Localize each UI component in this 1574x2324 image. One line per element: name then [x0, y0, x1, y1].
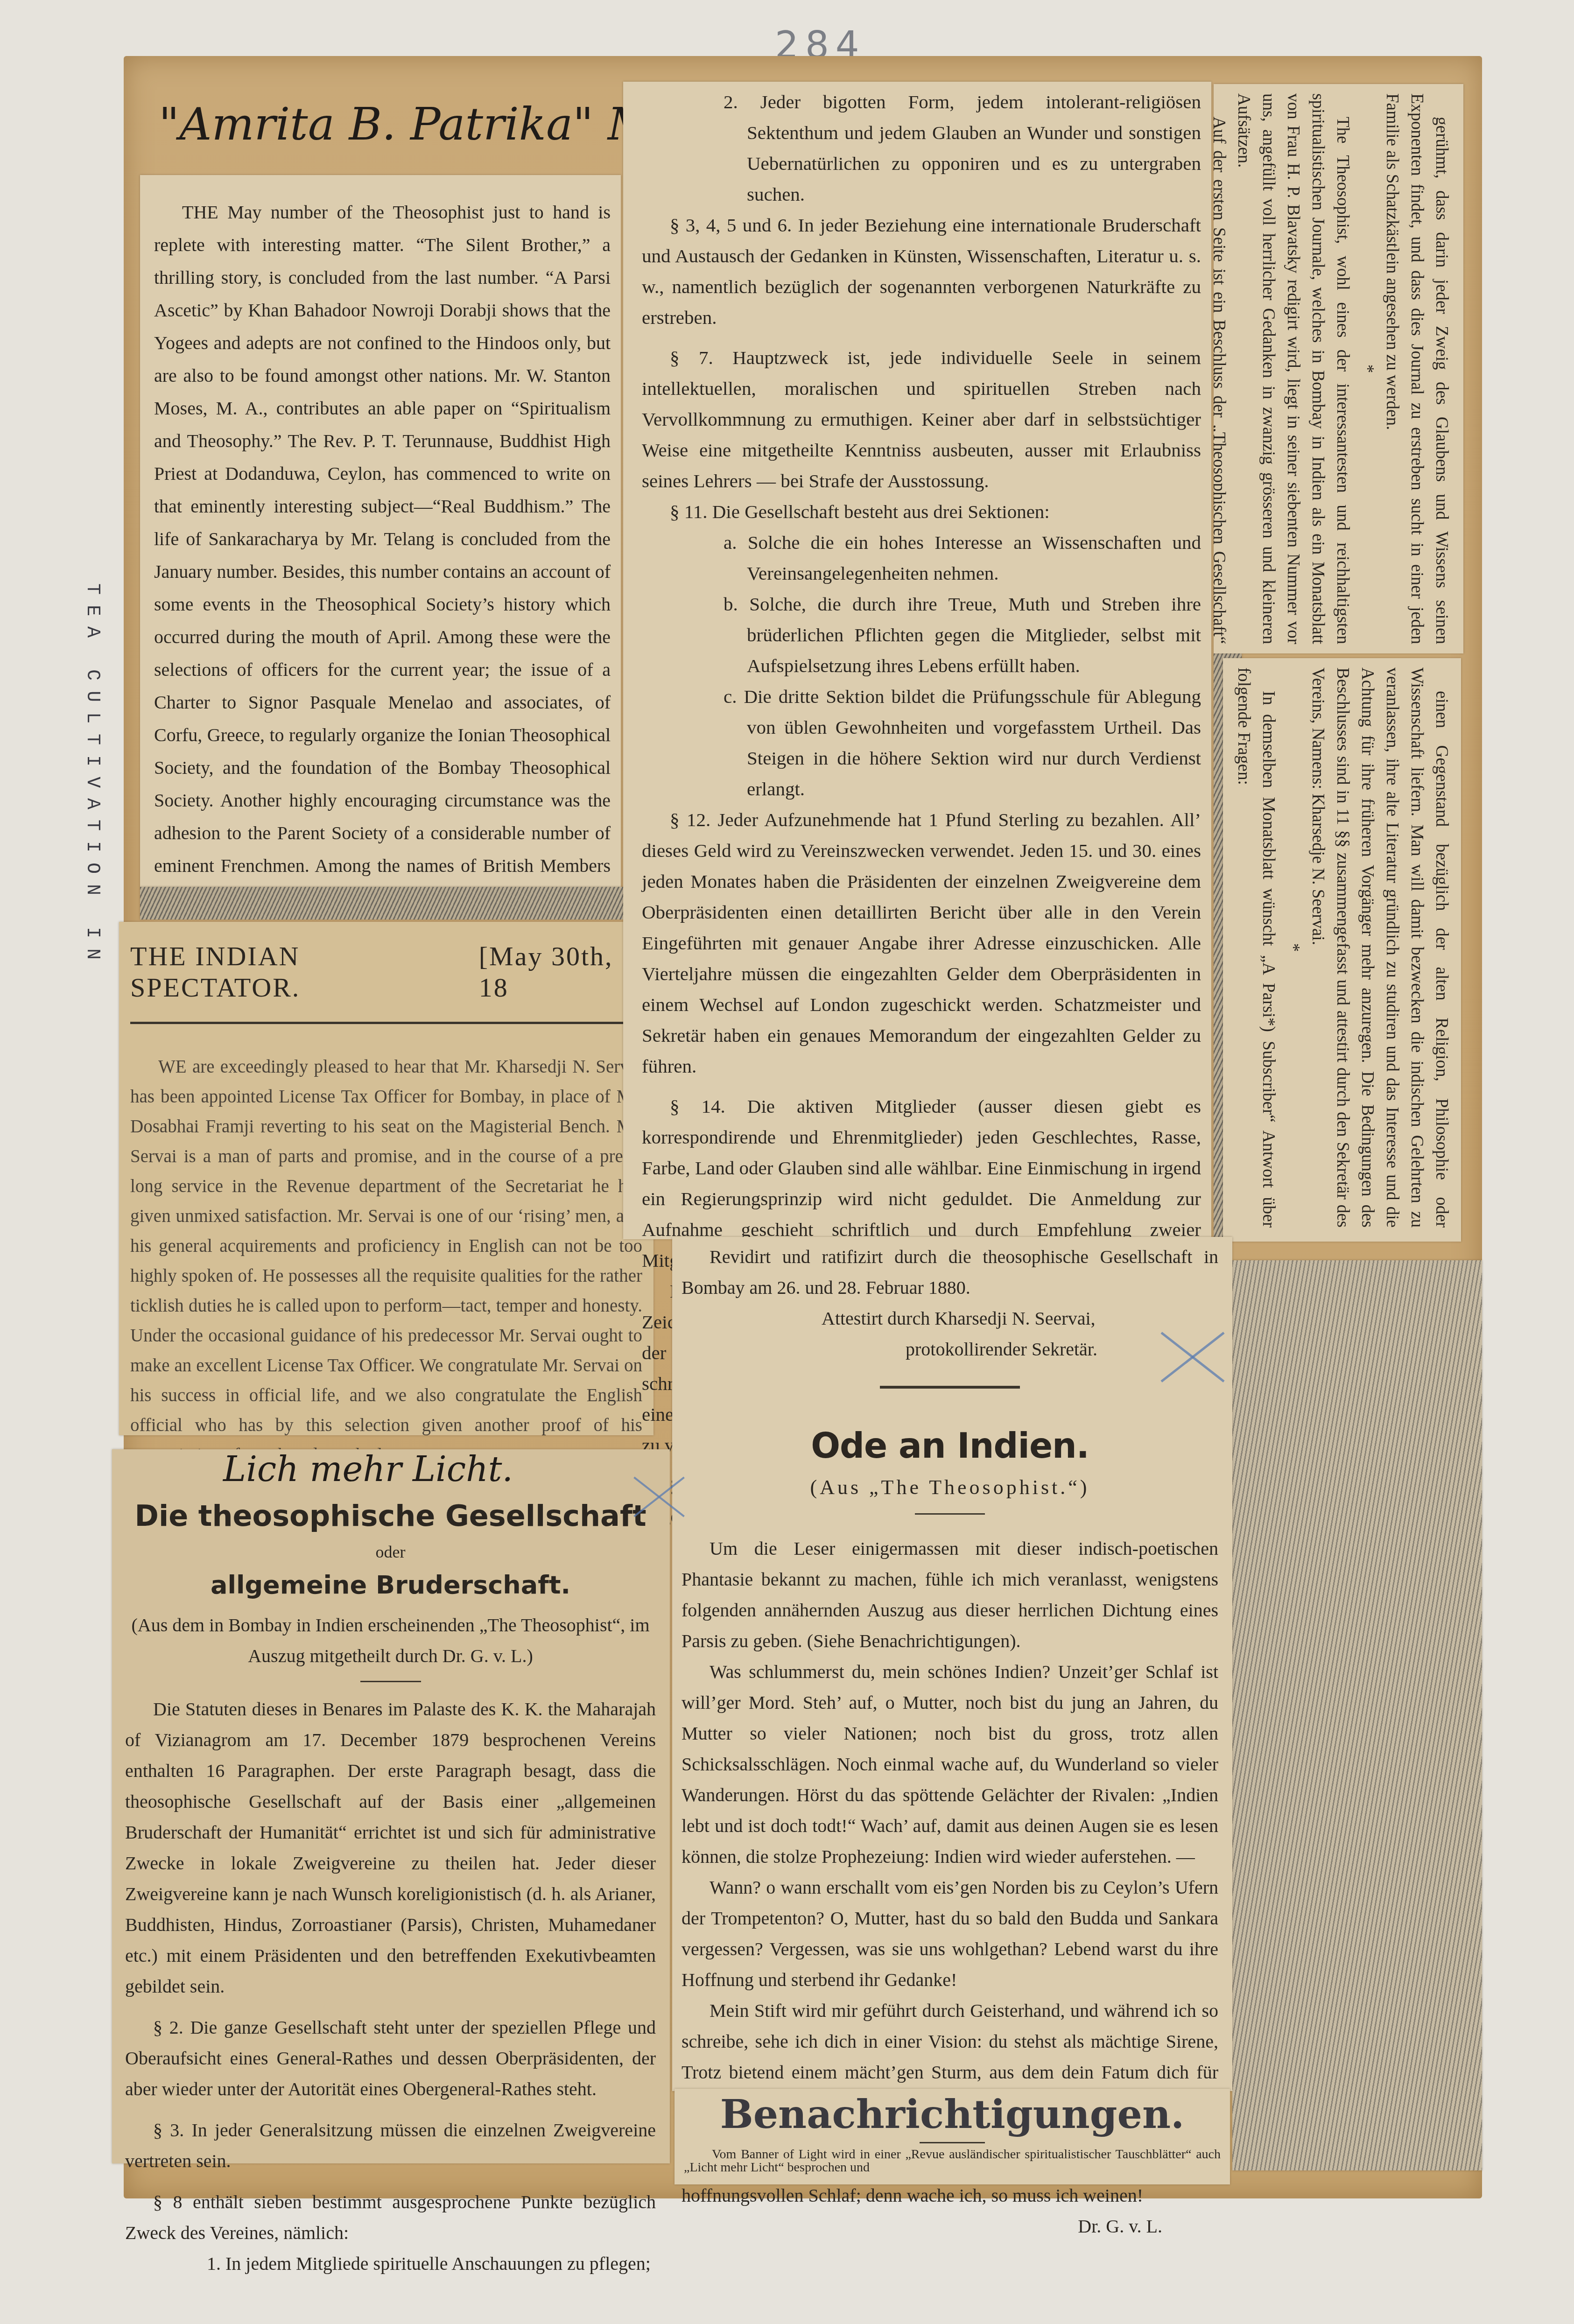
ode-paragraph: Wann? o wann erschallt vom eis’gen Norde… — [682, 1872, 1218, 1995]
clipping-gesellschaft: Lich mehr Licht. Die theosophische Gesel… — [112, 1449, 670, 2163]
spectator-date: [May 30th, 18 — [479, 941, 642, 1003]
article-oder: oder — [125, 1542, 656, 1562]
star-separator: * — [1355, 93, 1380, 644]
ode-source: (Aus „The Theosophist.“) — [682, 1475, 1218, 1499]
statute-par-3-6: § 3, 4, 5 und 6. In jeder Beziehung eine… — [642, 210, 1201, 333]
benachrichtigungen-text: Vom Banner of Light wird in einer „Revue… — [684, 2148, 1221, 2174]
clipping-benachrichtigungen: Benachrichtigungen. Vom Banner of Light … — [675, 2089, 1230, 2184]
statute-par-11c: c. Die dritte Sektion bildet die Prüfung… — [642, 681, 1201, 804]
blue-pencil-check-mark — [627, 1475, 680, 1517]
clipping-rotated-lower: einen Gegenstand bezüglich der alten Rel… — [1223, 658, 1461, 1242]
ratification-line2: Attestirt durch Kharsedji N. Seervai, — [682, 1303, 1218, 1334]
article-item-1: 1. In jedem Mitgliede spirituelle Anscha… — [125, 2248, 656, 2279]
statute-par-11a: a. Solche die ein hohes Interesse an Wis… — [642, 527, 1201, 589]
clipping-ode: Revidirt und ratifizirt durch die theoso… — [672, 1237, 1232, 2091]
article-subtitle: allgemeine Bruderschaft. — [125, 1570, 656, 1600]
rotated-upper-p1: gerühmt, dass darin jeder Zweig des Glau… — [1380, 93, 1454, 644]
ode-paragraph: Um die Leser einigermassen mit dieser in… — [682, 1533, 1218, 1657]
side-label: TEA CULTIVATION IN — [82, 583, 103, 970]
clipping-amrita: THE May number of the Theosophist just t… — [140, 175, 621, 887]
benachrichtigungen-title: Benachrichtigungen. — [684, 2091, 1221, 2137]
article-title: Die theosophische Gesellschaft — [125, 1499, 656, 1533]
ode-paragraph: Was schlummerst du, mein schönes Indien?… — [682, 1657, 1218, 1872]
statute-par-7: § 7. Hauptzweck ist, jede individuelle S… — [642, 342, 1201, 496]
ratification-line1: Revidirt und ratifizirt durch die theoso… — [682, 1242, 1218, 1303]
handwritten-note: Lich mehr Licht. — [223, 1449, 656, 1489]
clipping-spectator: THE INDIAN SPECTATOR. [May 30th, 18 WE a… — [119, 922, 653, 1435]
spectator-masthead: THE INDIAN SPECTATOR. — [130, 941, 460, 1003]
rotated-upper-p3: Auf der ersten Seite ist ein Beschluss d… — [1214, 93, 1231, 644]
ode-signature: Dr. G. v. L. — [682, 2211, 1218, 2242]
rotated-upper-p2: The Theosophist, wohl eines der interess… — [1231, 93, 1355, 644]
statute-item-2: 2. Jeder bigotten Form, jedem intolerant… — [642, 86, 1201, 210]
clipping-statutes: 2. Jeder bigotten Form, jedem intolerant… — [623, 82, 1211, 1239]
spectator-paragraph: WE are exceedingly pleased to hear that … — [130, 1052, 642, 1470]
article-paragraph: § 3. In jeder Generalsitzung müssen die … — [125, 2115, 656, 2177]
rotated-lower-p2: In demselben Monatsblatt wünscht „A Pars… — [1231, 667, 1281, 1228]
statute-par-12: § 12. Jeder Aufzunehmende hat 1 Pfund St… — [642, 804, 1201, 1081]
star-separator: * — [1281, 667, 1306, 1228]
article-paragraph: Die Statuten dieses in Benares im Palast… — [125, 1694, 656, 2002]
clipping-rotated-upper: gerühmt, dass darin jeder Zweig des Glau… — [1214, 84, 1463, 653]
engraving-landscape — [1232, 1260, 1482, 2170]
article-paragraph: § 8 enthält sieben bestimmt ausgesproche… — [125, 2187, 656, 2248]
rotated-lower-p1: einen Gegenstand bezüglich der alten Rel… — [1306, 667, 1454, 1228]
engraving-strip — [140, 887, 644, 920]
statute-par-11b: b. Solche, die durch ihre Treue, Muth un… — [642, 589, 1201, 681]
ode-title: Ode an Indien. — [682, 1426, 1218, 1466]
blue-pencil-x-mark — [1153, 1330, 1218, 1382]
ratification-line3: protokollirender Sekretär. — [682, 1334, 1218, 1365]
article-source: (Aus dem in Bombay in Indien erscheinend… — [125, 1610, 656, 1671]
article-paragraph: § 2. Die ganze Gesellschaft steht unter … — [125, 2012, 656, 2105]
statute-par-11: § 11. Die Gesellschaft besteht aus drei … — [642, 496, 1201, 527]
